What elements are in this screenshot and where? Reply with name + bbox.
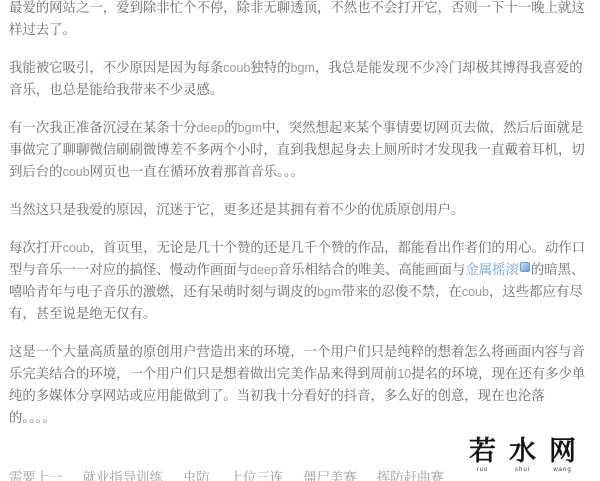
watermark-char: 水 — [509, 436, 536, 466]
watermark-pinyin: ruo — [469, 467, 496, 473]
watermark-char-cell: 网 wang — [549, 436, 576, 473]
related-link[interactable]: 就业指导训练 — [83, 470, 163, 481]
paragraph-4-text: 当然这只是我爱的原因，沉迷于它，更多还是其拥有着不少的优质原创用户。 — [9, 202, 464, 217]
watermark-pinyin: wang — [549, 467, 576, 473]
article-page: 最爱的网站之一，爱到除非忙个不停，除非无聊透顶，不然也不会打开它，否则一下十一晚… — [0, 0, 600, 481]
watermark-char-cell: 水 shui — [509, 436, 536, 473]
paragraph-3: 有一次我正准备沉浸在某条十分deep的bgm中，突然想起来某个事情要切网页去做，… — [9, 117, 591, 183]
related-link[interactable]: 僵尸美赛 — [303, 470, 357, 481]
paragraph-4: 当然这只是我爱的原因，沉迷于它，更多还是其拥有着不少的优质原创用户。 — [9, 199, 591, 221]
watermark-char: 若 — [469, 436, 496, 466]
paragraph-2: 我能被它吸引，不少原因是因为每条coub独特的bgm，我总是能发现不少冷门却极其… — [9, 57, 591, 101]
article-body: 最爱的网站之一，爱到除非忙个不停，除非无聊透顶，不然也不会打开它，否则一下十一晚… — [0, 0, 600, 429]
paragraph-3-text: 有一次我正准备沉浸在某条十分deep的bgm中，突然想起来某个事情要切网页去做，… — [9, 120, 585, 179]
metal-rock-link-label: 金属摇滚 — [465, 262, 519, 277]
watermark-char-cell: 若 ruo — [469, 436, 496, 473]
paragraph-2-text: 我能被它吸引，不少原因是因为每条coub独特的bgm，我总是能发现不少冷门却极其… — [9, 60, 583, 97]
metal-rock-link[interactable]: 金属摇滚 — [465, 262, 531, 277]
related-link[interactable]: 需要上一 — [9, 470, 63, 481]
paragraph-6-text: 这是一个大量高质量的原创用户营造出来的环境，一个用户们只是纯粹的想着怎么将画面内… — [9, 344, 585, 425]
paragraph-1: 最爱的网站之一，爱到除非忙个不停，除非无聊透顶，不然也不会打开它，否则一下十一晚… — [9, 0, 591, 41]
paragraph-1-text: 最爱的网站之一，爱到除非忙个不停，除非无聊透顶，不然也不会打开它，否则一下十一晚… — [9, 0, 585, 37]
baike-reference-badge-icon — [520, 262, 530, 272]
related-link[interactable]: 挥防赶曲赛 — [377, 470, 444, 481]
paragraph-6: 这是一个大量高质量的原创用户营造出来的环境，一个用户们只是纯粹的想着怎么将画面内… — [9, 341, 591, 429]
watermark-pinyin: shui — [509, 467, 536, 473]
related-link[interactable]: 虫防 — [183, 470, 210, 481]
related-link[interactable]: 上位三连 — [230, 470, 284, 481]
watermark-char: 网 — [549, 436, 576, 466]
paragraph-5: 每次打开coub，首页里，无论是几十个赞的还是几千个赞的作品，都能看出作者们的用… — [9, 237, 591, 325]
ruoshui-watermark: 若 ruo 水 shui 网 wang — [467, 436, 578, 473]
